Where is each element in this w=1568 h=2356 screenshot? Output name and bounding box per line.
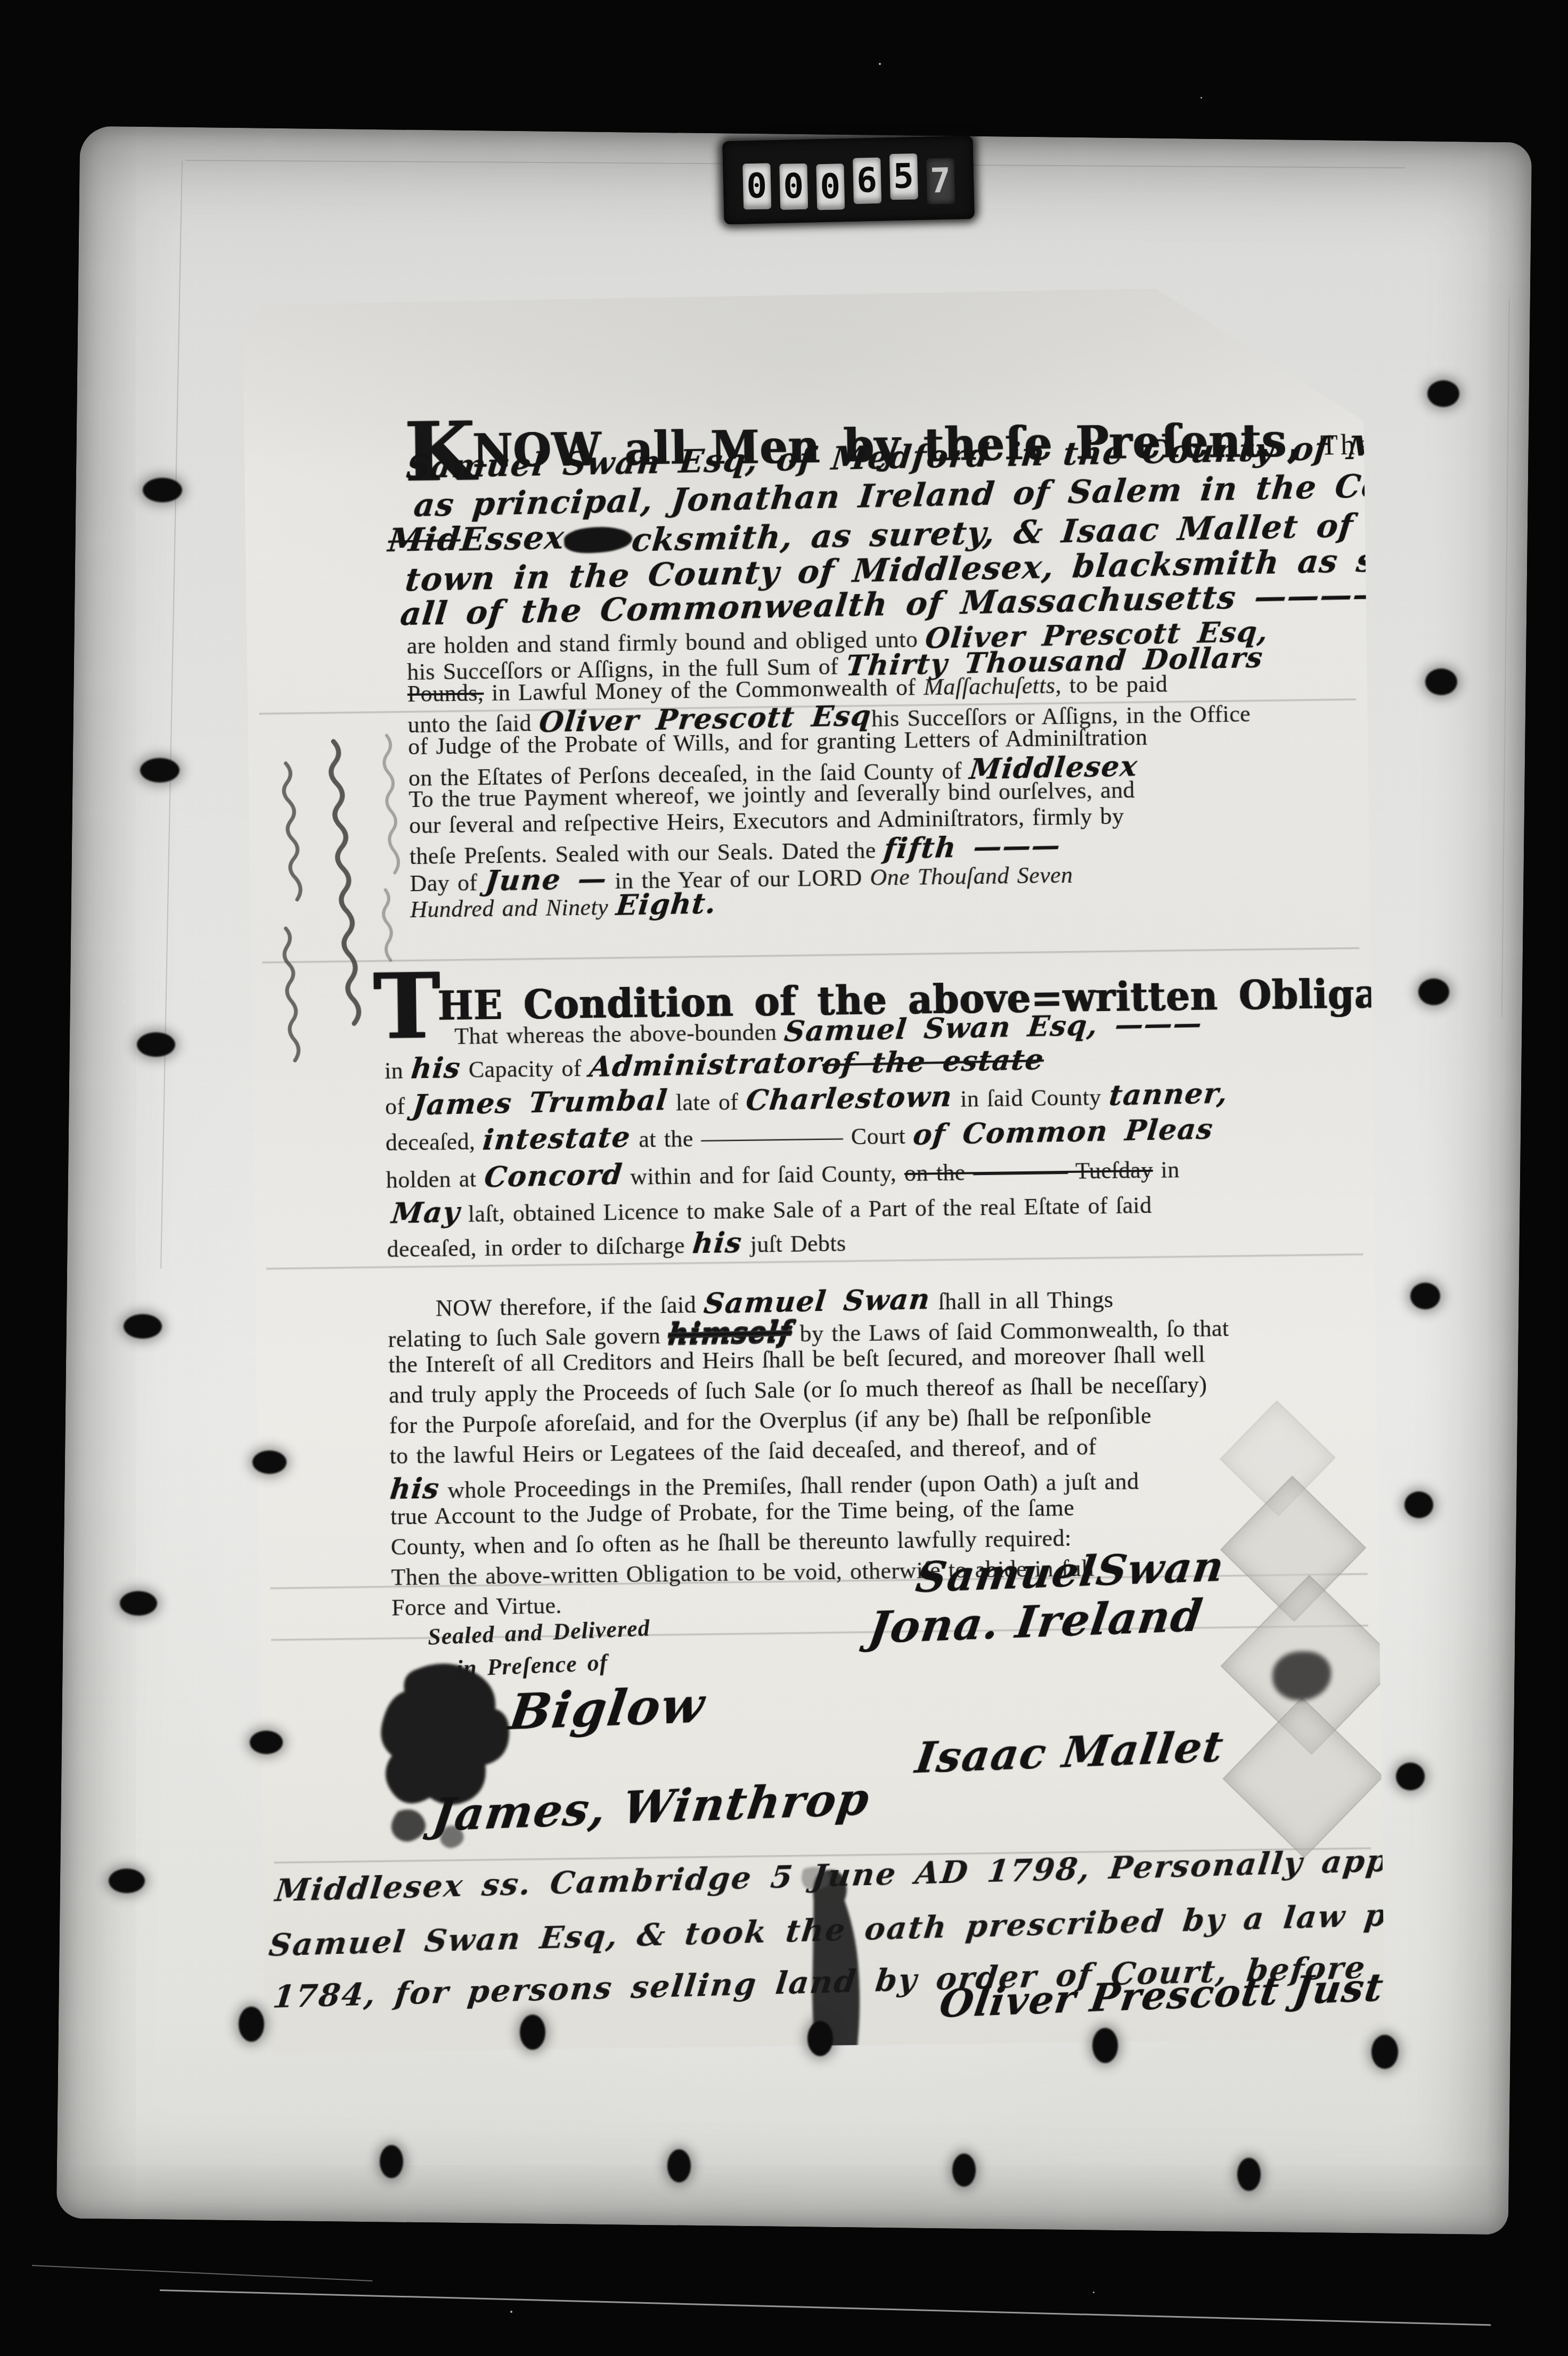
handwritten-text: his	[691, 1226, 744, 1260]
printed-text: deceaſed, in order to diſcharge	[387, 1232, 693, 1262]
printed-text: Force and Virtue.	[391, 1592, 562, 1620]
printed-text: in ſaid County	[952, 1084, 1109, 1112]
handwritten-text: intestate	[481, 1121, 633, 1157]
printed-text: on the ———— Tueſday	[904, 1157, 1153, 1186]
printed-text: within and for ſaid County,	[622, 1160, 904, 1190]
printed-text: , to be paid	[1055, 671, 1167, 698]
film-dot	[1425, 669, 1457, 695]
counter-digit: 0	[742, 163, 771, 209]
handwritten-text: Administrator	[587, 1046, 824, 1083]
film-dot	[1237, 2158, 1261, 2191]
handwritten-text: himself	[667, 1315, 794, 1351]
printed-text: at the —————— Court	[631, 1123, 913, 1153]
printed-text: Pounds,	[407, 680, 484, 707]
dust-speck	[510, 2311, 512, 2313]
film-dot	[120, 1591, 157, 1616]
film-dot	[239, 2007, 264, 2042]
dust-speck	[124, 1000, 125, 1002]
film-dot	[137, 1032, 175, 1057]
microfilm-frame: 000657 KNOW all Men by theſe Preſents,Th…	[0, 0, 1568, 2356]
film-scratch	[32, 2265, 372, 2281]
film-dot	[1396, 1763, 1425, 1790]
film-dot	[380, 2145, 403, 2178]
dust-speck	[1200, 97, 1202, 99]
ink-blot-inline	[563, 525, 633, 555]
film-dot	[952, 2154, 976, 2187]
printed-text: One Thouſand Seven	[870, 862, 1073, 891]
film-dot	[1427, 380, 1459, 407]
handwritten-text: his	[388, 1472, 441, 1506]
frame-counter: 000657	[722, 136, 974, 225]
printed-text: Maſſachuſetts	[924, 672, 1056, 700]
witness-signature-biglow: Biglow	[506, 1676, 709, 1741]
handwritten-text: Eight.	[615, 887, 718, 922]
film-dot	[1418, 979, 1449, 1005]
printed-text: ſhall in all Things	[930, 1286, 1113, 1315]
document-line: Hundred and Ninety Eight.	[410, 887, 717, 925]
document-paper: KNOW all Men by theſe Preſents,That We T…	[242, 286, 1385, 2053]
film-dot	[143, 478, 182, 502]
counter-digit: 5	[889, 153, 918, 200]
printed-text: juſt Debts	[742, 1230, 846, 1258]
counter-digit: 7	[926, 158, 955, 205]
film-dot	[520, 2015, 545, 2050]
printed-text: Capacity of	[461, 1055, 590, 1083]
counter-digit: 0	[816, 164, 845, 210]
handwritten-text: Samuel Swan Esq, ———	[783, 1007, 1204, 1048]
document-line: Force and Virtue.	[391, 1592, 562, 1622]
film-dot	[109, 1869, 145, 1893]
handwritten-text: tanner,	[1107, 1077, 1229, 1112]
document-line: deceaſed, in order to diſcharge his juſt…	[387, 1225, 846, 1263]
film-dot	[667, 2149, 691, 2182]
counter-digit: 6	[853, 158, 881, 204]
printed-text: laſt, obtained Licence to make Sale of a…	[460, 1192, 1152, 1227]
film-scratch	[160, 2289, 1491, 2326]
handwritten-text: of the estate	[820, 1043, 1046, 1080]
printed-text: to the lawful Heirs or Legatees of the ſ…	[389, 1433, 1096, 1469]
wafer-seal	[1222, 1697, 1384, 1858]
signature-isaac-mallet: Isaac Mallet	[912, 1721, 1227, 1783]
handwritten-text: of Common Pleas	[912, 1112, 1215, 1151]
document-line: deceaſed, intestate at the —————— Court …	[385, 1113, 1213, 1157]
dust-speck	[879, 63, 881, 65]
printed-text: That whereas the above-bounden	[454, 1019, 785, 1049]
film-dot	[1404, 1491, 1433, 1518]
film-dot	[124, 1314, 162, 1339]
film-dot	[252, 1450, 287, 1474]
film-dot	[1092, 2028, 1118, 2063]
film-dot	[250, 1731, 283, 1754]
printed-text: in	[1153, 1156, 1180, 1183]
counter-digit: 0	[779, 164, 808, 210]
handwritten-text: James Trumbal	[411, 1083, 669, 1122]
handwritten-text: Essex	[459, 519, 566, 558]
margin-script	[269, 730, 420, 1227]
film-dot	[1410, 1283, 1440, 1309]
handwritten-text: Mid	[386, 520, 462, 559]
film-dot	[807, 2021, 833, 2056]
handwritten-text: Concord	[483, 1158, 624, 1194]
film-dot	[140, 758, 179, 782]
handwritten-text: Charlestown	[745, 1080, 954, 1117]
printed-text: Hundred and Ninety	[410, 894, 616, 923]
printed-text: late of	[668, 1089, 747, 1116]
dust-speck	[1093, 2292, 1095, 2293]
film-dot	[1371, 2035, 1398, 2069]
